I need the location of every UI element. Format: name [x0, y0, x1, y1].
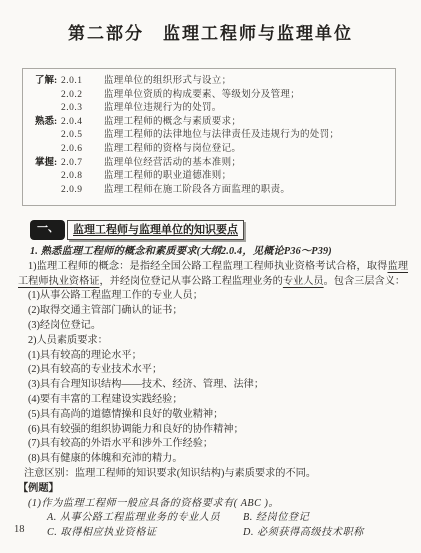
list-item: (5)具有高尚的道德情操和良好的敬业精神；	[18, 408, 408, 423]
syllabus-item-number: 2.0.9	[61, 184, 95, 198]
syllabus-row: 2.0.5 监理工程师的法律地位与法律责任及违规行为的处罚；	[35, 129, 387, 143]
concept-text: 。包含三层含义：	[324, 276, 406, 287]
syllabus-item-number: 2.0.8	[61, 170, 95, 184]
list-item: (4)要有丰富的工程建设实践经验；	[18, 393, 408, 408]
list-item: (1)从事公路工程监理工作的专业人员；	[18, 289, 408, 304]
section-title: 监理工程师与监理单位的知识要点	[73, 224, 238, 236]
option-text: 从事公路工程监理业务的专业人员	[60, 512, 220, 523]
list-item: (3)具有合理知识结构——技术、经济、管理、法律；	[18, 378, 408, 393]
syllabus-row: 熟悉: 2.0.4 监理工程师的概念与素质要求；	[35, 116, 387, 130]
example-question: (1)作为监理工程师一般应具备的资格要求有( ABC )。	[18, 497, 408, 512]
syllabus-item-number: 2.0.4	[61, 116, 95, 130]
concept-text: 1)监理工程师的概念：是指经全国公路工程监理工程师执业资格考试合格，取得	[28, 261, 388, 272]
page-number: 18	[14, 524, 25, 535]
syllabus-row: 2.0.6 监理工程师的资格与岗位登记。	[35, 143, 387, 157]
syllabus-box: 了解: 2.0.1 监理单位的组织形式与设立； 2.0.2 监理单位资质的构成要…	[22, 68, 396, 206]
options-row-1: A. 从事公路工程监理业务的专业人员 B. 经岗位登记	[47, 511, 408, 526]
syllabus-item-text: 监理工程师在施工阶段各方面监理的职责。	[95, 184, 387, 198]
list-item: (2)取得交通主管部门确认的证书；	[18, 304, 408, 319]
syllabus-item-text: 监理单位的组织形式与设立；	[95, 75, 387, 89]
syllabus-row: 掌握: 2.0.7 监理单位经营活动的基本准则；	[35, 157, 387, 171]
option-c: C. 取得相应执业资格证	[47, 526, 243, 541]
syllabus-level-label: 掌握:	[35, 157, 61, 171]
syllabus-item-number: 2.0.5	[61, 129, 95, 143]
option-b: B. 经岗位登记	[243, 511, 408, 526]
section-heading: 一、 监理工程师与监理单位的知识要点	[30, 220, 244, 240]
list-item: (3)经岗位登记。	[18, 319, 408, 334]
option-key: C.	[47, 527, 57, 538]
option-key: B.	[243, 512, 253, 523]
syllabus-item-text: 监理工程师的职业道德准则；	[95, 170, 387, 184]
option-a: A. 从事公路工程监理业务的专业人员	[47, 511, 243, 526]
syllabus-row: 了解: 2.0.1 监理单位的组织形式与设立；	[35, 75, 387, 89]
section-index-tab: 一、	[30, 220, 65, 240]
syllabus-level-label: 熟悉:	[35, 116, 61, 130]
syllabus-item-number: 2.0.7	[61, 157, 95, 171]
option-text: 必须获得高级技术职称	[257, 527, 364, 538]
syllabus-item-number: 2.0.6	[61, 143, 95, 157]
paragraph-concept: 1)监理工程师的概念：是指经全国公路工程监理工程师执业资格考试合格，取得监理工程…	[18, 260, 408, 290]
list-item: (8)具有健康的体魄和充沛的精力。	[18, 452, 408, 467]
syllabus-item-number: 2.0.2	[61, 89, 95, 103]
syllabus-item-text: 监理工程师的法律地位与法律责任及违规行为的处罚；	[95, 129, 387, 143]
syllabus-item-text: 监理单位经营活动的基本准则；	[95, 157, 387, 171]
example-label: 【例题】	[18, 482, 408, 497]
syllabus-item-number: 2.0.3	[61, 102, 95, 116]
list-item: (1)具有较高的理论水平；	[18, 349, 408, 364]
list-item: (6)具有较强的组织协调能力和良好的协作精神；	[18, 423, 408, 438]
underlined-term-professional: 专业人员	[283, 276, 324, 287]
syllabus-row: 2.0.3 监理单位违规行为的处罚。	[35, 102, 387, 116]
scanned-book-page: { "theme": { "paper": "#faf9f6", "ink": …	[0, 0, 421, 553]
syllabus-row: 2.0.9 监理工程师在施工阶段各方面监理的职责。	[35, 184, 387, 198]
option-text: 取得相应执业资格证	[60, 527, 156, 538]
topic-heading: 1. 熟悉监理工程师的概念和素质要求(大纲2.0.4，见概论P36～P39)	[18, 245, 408, 260]
syllabus-row: 2.0.8 监理工程师的职业道德准则；	[35, 170, 387, 184]
option-text: 经岗位登记	[256, 512, 309, 523]
syllabus-item-text: 监理单位违规行为的处罚。	[95, 102, 387, 116]
syllabus-item-number: 2.0.1	[61, 75, 95, 89]
concept-text: ，并经岗位登记从事公路工程监理业务的	[100, 276, 283, 287]
note-text: 注意区别：监理工程师的知识要求(知识结构)与素质要求的不同。	[18, 467, 408, 482]
list-item: (2)具有较高的专业技术水平；	[18, 363, 408, 378]
option-key: A.	[47, 512, 57, 523]
main-content: 1. 熟悉监理工程师的概念和素质要求(大纲2.0.4，见概论P36～P39) 1…	[18, 245, 408, 541]
options-row-2: C. 取得相应执业资格证 D. 必须获得高级技术职称	[47, 526, 408, 541]
list-item: (7)具有较高的外语水平和涉外工作经验；	[18, 437, 408, 452]
section-title-box: 监理工程师与监理单位的知识要点	[67, 220, 244, 240]
option-key: D.	[243, 527, 254, 538]
syllabus-item-text: 监理单位资质的构成要素、等级划分及管理；	[95, 89, 387, 103]
option-d: D. 必须获得高级技术职称	[243, 526, 408, 541]
syllabus-level-label: 了解:	[35, 75, 61, 89]
syllabus-item-text: 监理工程师的资格与岗位登记。	[95, 143, 387, 157]
syllabus-item-text: 监理工程师的概念与素质要求；	[95, 116, 387, 130]
syllabus-row: 2.0.2 监理单位资质的构成要素、等级划分及管理；	[35, 89, 387, 103]
subheading-quality-requirements: 2)人员素质要求：	[18, 334, 408, 349]
page-title: 第二部分 监理工程师与监理单位	[0, 19, 421, 44]
